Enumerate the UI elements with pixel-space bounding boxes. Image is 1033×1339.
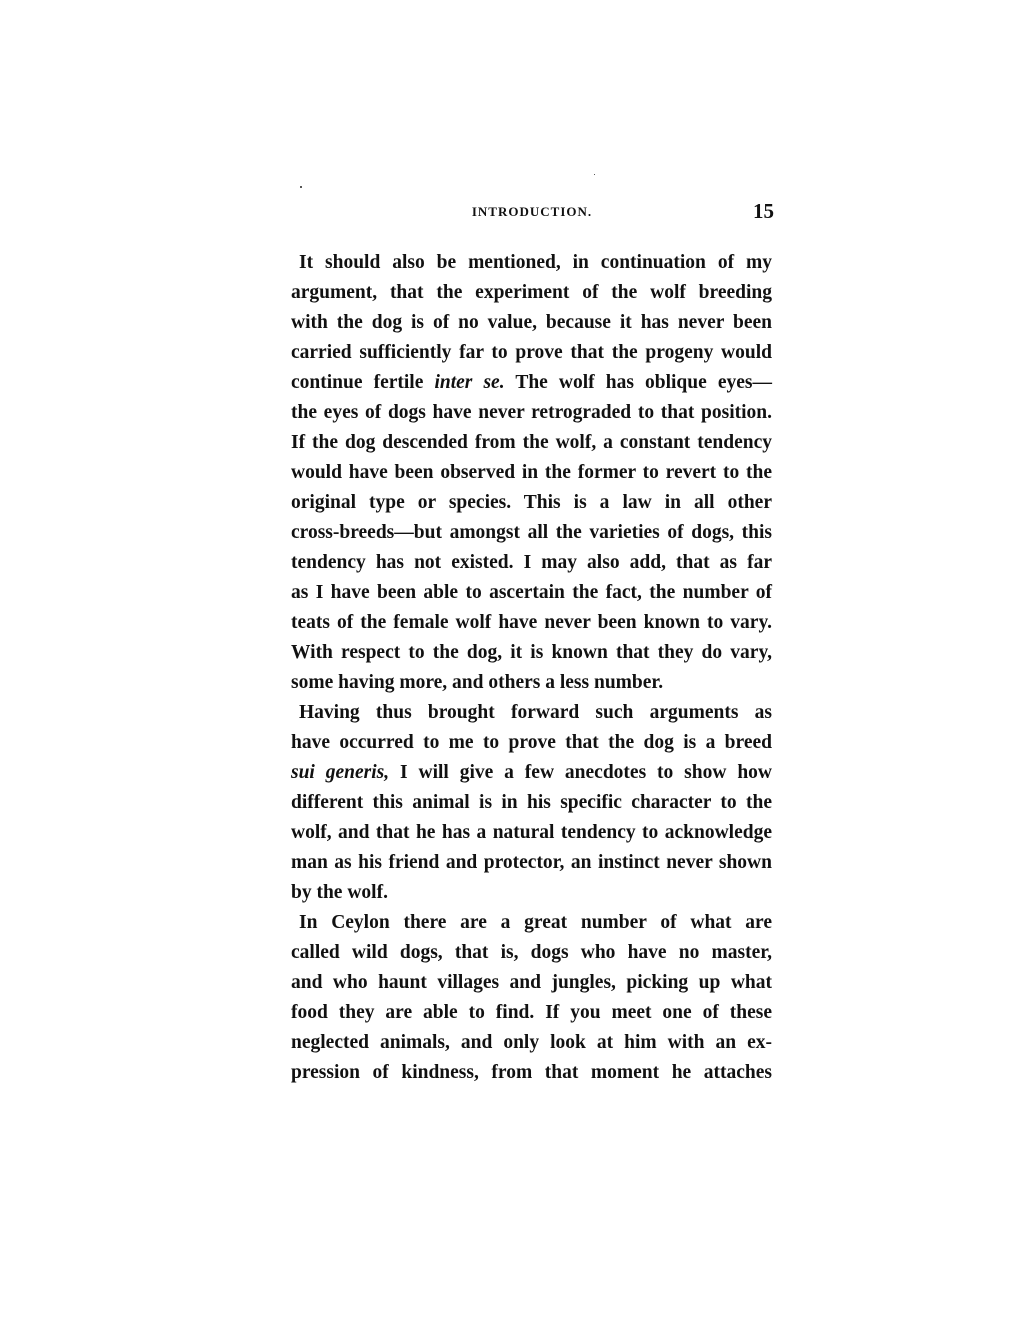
text-line: wolf, and that he has a natural tendency… (291, 818, 772, 848)
text-line: have occurred to me to prove that the do… (291, 728, 772, 758)
running-head: INTRODUCTION. (290, 204, 774, 220)
text-line: food they are able to find. If you meet … (291, 998, 772, 1028)
text-line: original type or species. This is a law … (291, 488, 772, 518)
text-line: different this animal is in his specific… (291, 788, 772, 818)
page-body: It should also be mentioned, in continua… (291, 248, 772, 1088)
paragraph-2: Having thus brought forward such argumen… (291, 698, 772, 908)
text-line: argument, that the experiment of the wol… (291, 278, 772, 308)
scan-speck (594, 174, 595, 175)
text-line: tendency has not existed. I may also add… (291, 548, 772, 578)
text-line: teats of the female wolf have never been… (291, 608, 772, 638)
text-line: man as his friend and protector, an inst… (291, 848, 772, 878)
paragraph-1: It should also be mentioned, in continua… (291, 248, 772, 698)
text-line: some having more, and others a less numb… (291, 668, 772, 698)
text-line: If the dog descended from the wolf, a co… (291, 428, 772, 458)
text-run: I will give a few anecdotes to show how (389, 762, 772, 783)
text-line: by the wolf. (291, 878, 772, 908)
text-line: continue fertile inter se. The wolf has … (291, 368, 772, 398)
text-line: It should also be mentioned, in continua… (291, 248, 772, 278)
text-line: Having thus brought forward such argumen… (291, 698, 772, 728)
text-line: cross-breeds—but amongst all the varieti… (291, 518, 772, 548)
page-header: INTRODUCTION. 15 (290, 202, 774, 226)
paragraph-3: In Ceylon there are a great number of wh… (291, 908, 772, 1088)
text-line: with the dog is of no value, because it … (291, 308, 772, 338)
text-run: The wolf has oblique eyes— (505, 372, 772, 393)
page-number: 15 (753, 199, 774, 224)
text-line: With respect to the dog, it is known tha… (291, 638, 772, 668)
text-line: carried sufficiently far to prove that t… (291, 338, 772, 368)
text-line: and who haunt villages and jungles, pick… (291, 968, 772, 998)
text-line: the eyes of dogs have never retrograded … (291, 398, 772, 428)
book-page: INTRODUCTION. 15 It should also be menti… (0, 0, 1033, 1339)
text-line: pression of kindness, from that moment h… (291, 1058, 772, 1088)
text-line: called wild dogs, that is, dogs who have… (291, 938, 772, 968)
text-line: sui generis, I will give a few anecdotes… (291, 758, 772, 788)
text-line: as I have been able to ascertain the fac… (291, 578, 772, 608)
text-line: would have been observed in the former t… (291, 458, 772, 488)
text-line: In Ceylon there are a great number of wh… (291, 908, 772, 938)
text-line: neglected animals, and only look at him … (291, 1028, 772, 1058)
italic-phrase: inter se. (434, 372, 504, 393)
scan-speck (300, 186, 302, 188)
italic-phrase: sui generis, (291, 762, 389, 783)
text-run: continue fertile (291, 372, 434, 393)
